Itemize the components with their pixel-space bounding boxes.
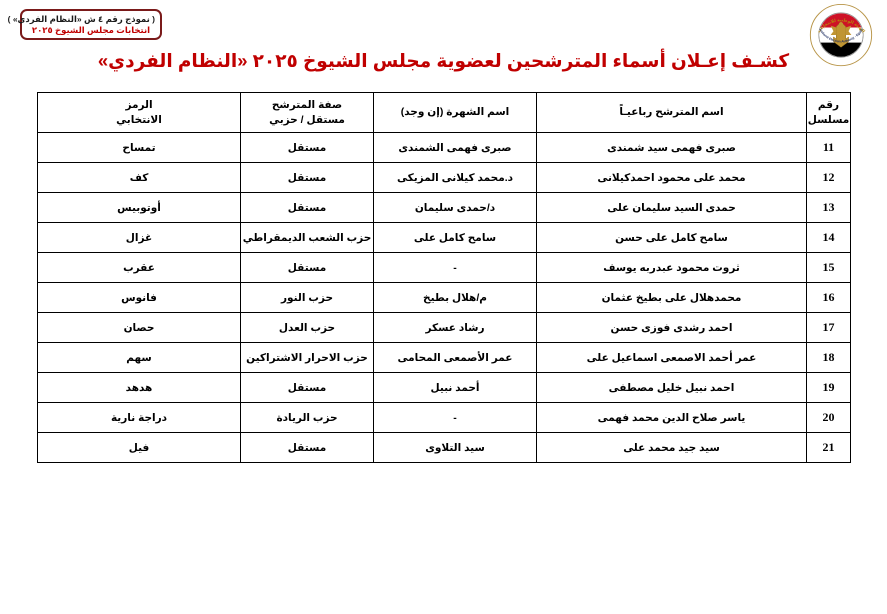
alias-cell: -: [374, 253, 537, 283]
status-cell: مستقل: [241, 193, 374, 223]
status-cell: مستقل: [241, 253, 374, 283]
serial-number-cell: 16: [807, 283, 851, 313]
symbol-cell: فيل: [38, 433, 241, 463]
serial-number-cell: 20: [807, 403, 851, 433]
symbol-cell: حصان: [38, 313, 241, 343]
table-row: 11 صبرى فهمى سيد شمندى صبرى فهمى الشمندى…: [38, 133, 851, 163]
serial-number-cell: 15: [807, 253, 851, 283]
election-name-line: انتخابات مجلس الشيوخ ٢٠٢٥: [27, 25, 155, 36]
alias-cell: م/هلال بطيخ: [374, 283, 537, 313]
alias-cell: صبرى فهمى الشمندى: [374, 133, 537, 163]
table-row: 12 محمد على محمود احمدكيلانى د.محمد كيلا…: [38, 163, 851, 193]
symbol-cell: غزال: [38, 223, 241, 253]
table-row: 17 احمد رشدى فوزى حسن رشاد عسكر حزب العد…: [38, 313, 851, 343]
serial-number-cell: 19: [807, 373, 851, 403]
table-row: 19 احمد نبيل خليل مصطفى أحمد نبيل مستقل …: [38, 373, 851, 403]
alias-cell: أحمد نبيل: [374, 373, 537, 403]
page-title: كشـف إعـلان أسماء المترشحين لعضوية مجلس …: [0, 50, 887, 72]
serial-number-cell: 13: [807, 193, 851, 223]
table-row: 16 محمدهلال على بطيخ عثمان م/هلال بطيخ ح…: [38, 283, 851, 313]
candidate-name-cell: حمدى السيد سليمان على: [537, 193, 807, 223]
symbol-cell: دراجة نارية: [38, 403, 241, 433]
header-serial-number: رقم مسلسل: [807, 93, 851, 133]
alias-cell: -: [374, 403, 537, 433]
table-row: 14 سامح كامل على حسن سامح كامل على حزب ا…: [38, 223, 851, 253]
symbol-cell: هدهد: [38, 373, 241, 403]
status-cell: مستقل: [241, 373, 374, 403]
table-header: رقم مسلسل اسم المترشح رباعيـاً اسم الشهر…: [38, 93, 851, 133]
symbol-cell: سهم: [38, 343, 241, 373]
candidate-name-cell: احمد رشدى فوزى حسن: [537, 313, 807, 343]
document-page: ( نموذج رقم ٤ ش «النظام الفردي» ) انتخاب…: [0, 0, 887, 614]
symbol-cell: عقرب: [38, 253, 241, 283]
status-cell: حزب الاحرار الاشتراكين: [241, 343, 374, 373]
alias-cell: سامح كامل على: [374, 223, 537, 253]
alias-cell: عمر الأصمعى المحامى: [374, 343, 537, 373]
alias-cell: د/حمدى سليمان: [374, 193, 537, 223]
symbol-cell: تمساح: [38, 133, 241, 163]
symbol-cell: كف: [38, 163, 241, 193]
candidate-name-cell: عمر أحمد الاصمعى اسماعيل على: [537, 343, 807, 373]
candidate-name-cell: سامح كامل على حسن: [537, 223, 807, 253]
symbol-cell: فانوس: [38, 283, 241, 313]
table-row: 15 ثروت محمود عبدربه يوسف - مستقل عقرب: [38, 253, 851, 283]
serial-number-cell: 11: [807, 133, 851, 163]
candidate-name-cell: ياسر صلاح الدين محمد فهمى: [537, 403, 807, 433]
alias-cell: رشاد عسكر: [374, 313, 537, 343]
candidates-table: رقم مسلسل اسم المترشح رباعيـاً اسم الشهر…: [37, 92, 851, 463]
status-cell: مستقل: [241, 433, 374, 463]
header-candidate-status: صفة المترشح مستقل / حزبي: [241, 93, 374, 133]
serial-number-cell: 12: [807, 163, 851, 193]
serial-number-cell: 21: [807, 433, 851, 463]
header-candidate-name: اسم المترشح رباعيـاً: [537, 93, 807, 133]
symbol-cell: أوتوبيس: [38, 193, 241, 223]
status-cell: حزب العدل: [241, 313, 374, 343]
status-cell: حزب النور: [241, 283, 374, 313]
table-row: 13 حمدى السيد سليمان على د/حمدى سليمان م…: [38, 193, 851, 223]
alias-cell: د.محمد كيلانى المزيكى: [374, 163, 537, 193]
serial-number-cell: 18: [807, 343, 851, 373]
table-row: 21 سيد جيد محمد على سيد التلاوى مستقل في…: [38, 433, 851, 463]
header-alias-name: اسم الشهرة (إن وجد): [374, 93, 537, 133]
serial-number-cell: 17: [807, 313, 851, 343]
form-number-line: ( نموذج رقم ٤ ش «النظام الفردي» ): [27, 14, 155, 25]
status-cell: مستقل: [241, 163, 374, 193]
candidate-name-cell: محمد على محمود احمدكيلانى: [537, 163, 807, 193]
form-number-box: ( نموذج رقم ٤ ش «النظام الفردي» ) انتخاب…: [20, 9, 162, 40]
candidate-name-cell: ثروت محمود عبدربه يوسف: [537, 253, 807, 283]
candidate-name-cell: سيد جيد محمد على: [537, 433, 807, 463]
table-row: 18 عمر أحمد الاصمعى اسماعيل على عمر الأص…: [38, 343, 851, 373]
candidate-name-cell: صبرى فهمى سيد شمندى: [537, 133, 807, 163]
alias-cell: سيد التلاوى: [374, 433, 537, 463]
status-cell: حزب الريادة: [241, 403, 374, 433]
status-cell: حزب الشعب الديمقراطي: [241, 223, 374, 253]
candidate-name-cell: احمد نبيل خليل مصطفى: [537, 373, 807, 403]
candidate-name-cell: محمدهلال على بطيخ عثمان: [537, 283, 807, 313]
serial-number-cell: 14: [807, 223, 851, 253]
header-electoral-symbol: الرمز الانتخابي: [38, 93, 241, 133]
table-row: 20 ياسر صلاح الدين محمد فهمى - حزب الريا…: [38, 403, 851, 433]
status-cell: مستقل: [241, 133, 374, 163]
